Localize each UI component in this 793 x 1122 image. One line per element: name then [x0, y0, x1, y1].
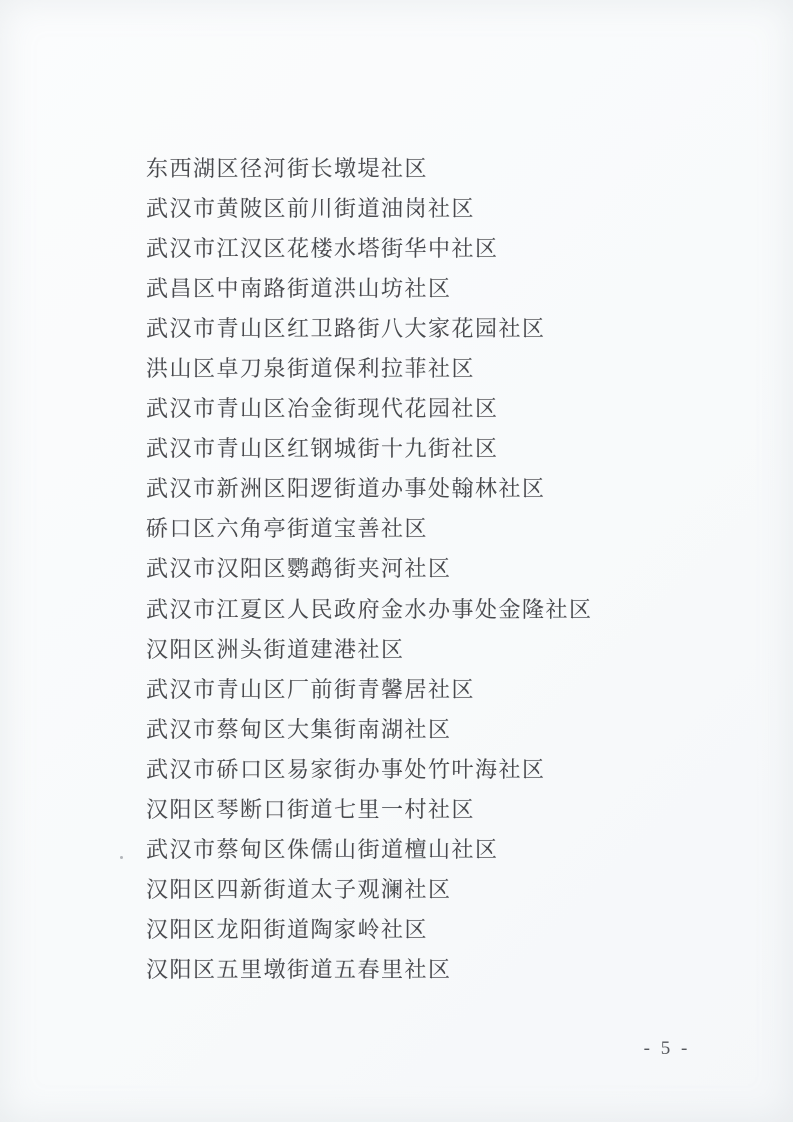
community-list-item: 东西湖区径河街长墩堤社区: [146, 147, 593, 187]
community-list-item: 武汉市新洲区阳逻街道办事处翰林社区: [146, 468, 593, 508]
community-list-item: 武汉市黄陂区前川街道油岗社区: [146, 187, 593, 227]
community-list-item: 汉阳区五里墩街道五春里社区: [146, 949, 593, 989]
community-list-item: 汉阳区洲头街道建港社区: [146, 628, 593, 668]
community-list-item: 汉阳区四新街道太子观澜社区: [146, 869, 593, 909]
community-list-item: 武汉市江汉区花楼水塔街华中社区: [146, 227, 593, 267]
community-list-item: 汉阳区琴断口街道七里一村社区: [146, 789, 593, 829]
community-list-item: 武汉市汉阳区鹦鹉街夹河社区: [146, 548, 593, 588]
community-list-item: 武汉市硚口区易家街办事处竹叶海社区: [146, 748, 593, 788]
community-list-item: 汉阳区龙阳街道陶家岭社区: [146, 909, 593, 949]
community-list-item: 武汉市青山区红钢城街十九街社区: [146, 428, 593, 468]
community-list-item: 硚口区六角亭街道宝善社区: [146, 508, 593, 548]
community-list-item: 武昌区中南路街道洪山坊社区: [146, 267, 593, 307]
page-number: - 5 -: [632, 1038, 702, 1060]
community-list-item: 武汉市青山区红卫路街八大家花园社区: [146, 307, 593, 347]
community-list-item: 武汉市青山区冶金街现代花园社区: [146, 388, 593, 428]
scan-artifact-speck: [120, 856, 123, 859]
community-list: 东西湖区径河街长墩堤社区武汉市黄陂区前川街道油岗社区武汉市江汉区花楼水塔街华中社…: [146, 147, 593, 989]
community-list-item: 武汉市江夏区人民政府金水办事处金隆社区: [146, 588, 593, 628]
community-list-item: 武汉市蔡甸区侏儒山街道檀山社区: [146, 829, 593, 869]
community-list-item: 武汉市蔡甸区大集街南湖社区: [146, 708, 593, 748]
community-list-item: 武汉市青山区厂前街青馨居社区: [146, 668, 593, 708]
scanned-document-page: 东西湖区径河街长墩堤社区武汉市黄陂区前川街道油岗社区武汉市江汉区花楼水塔街华中社…: [0, 0, 793, 1122]
community-list-item: 洪山区卓刀泉街道保利拉菲社区: [146, 347, 593, 387]
